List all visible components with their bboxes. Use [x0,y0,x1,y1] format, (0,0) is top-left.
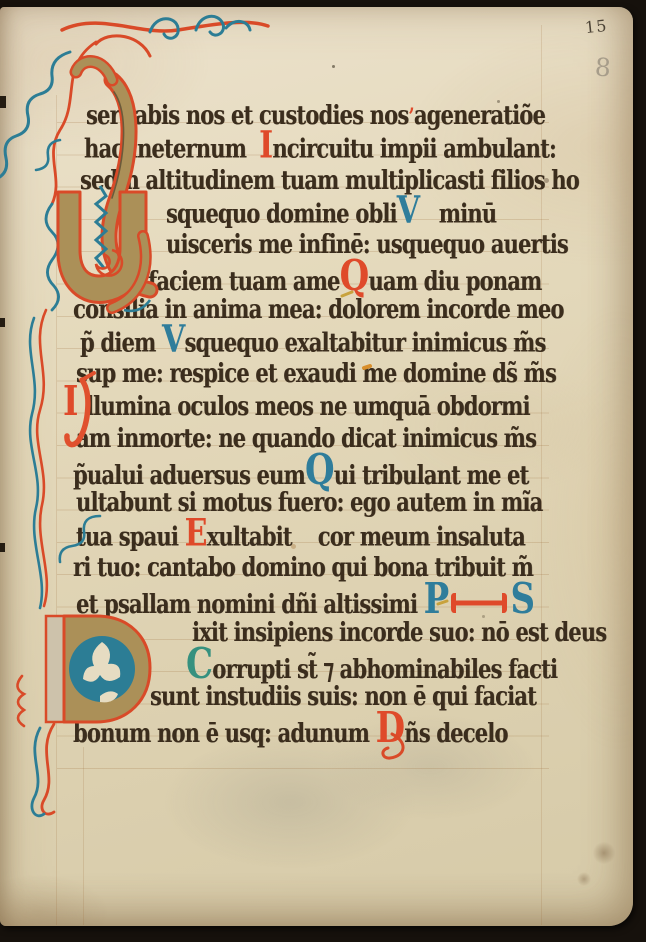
line-text: llumina oculos meos ne umquā obdormi [86,390,530,421]
versal-letter: I [259,124,272,168]
versal-letter: E [185,512,207,556]
line-text: xultabit cor meum insaluta [207,520,525,551]
line-text: p̃ diem [80,326,162,357]
folio-number-pencil: 8 [594,52,612,82]
text-line: Corrupti st̃ ⁊ abhominabiles facti [186,648,557,684]
line-text: sunt instudiis suis: non ē qui faciat [150,680,536,711]
versal-letter: D [376,703,405,753]
text-line: ri tuo: cantabo domino qui bona tribuit … [73,551,533,582]
binding-mark [0,318,5,327]
line-text: sedm altitudinem tuam multiplicasti fili… [80,164,579,195]
line-filler-ornament [451,593,507,613]
manuscript-photo: { "folio": { "ink_number": "15", "pencil… [0,0,646,942]
folio-number-ink: 15 [584,16,608,37]
text-line: hac ineternum Incircuitu impii ambulant: [84,131,556,164]
line-text: ixit insipiens incorde suo: nō est deus [192,616,606,647]
text-line: consilia in anima mea: dolorem incorde m… [73,293,564,324]
text-line: seruabis nos et custodies nos’ageneratiõ… [86,99,545,130]
line-text: minū [419,197,496,228]
line-text: bonum non ē usq: adunum [73,717,376,748]
text-line: sunt instudiis suis: non ē qui faciat [150,680,536,711]
text-line: faciem tuam ameQuam diu ponam [148,260,541,296]
versal-letter: V [162,318,184,362]
line-text: squequo exaltabitur inimicus m̃s [184,326,545,357]
line-text: seruabis nos et custodies nos [86,99,408,130]
line-text: et psallam nomini dñi altissimi [76,588,424,619]
line-text: sup me: respice et exaudi me domine ds̃ … [76,357,556,388]
text-line: ixit insipiens incorde suo: nō est deus [192,616,606,647]
binding-mark [0,543,5,552]
versal-letter: V [397,189,419,233]
line-text: ultabunt si motus fuero: ego autem in mĩ… [76,486,542,517]
parchment-page: seruabis nos et custodies nos’ageneratiõ… [0,7,633,926]
ink-specks [332,65,335,68]
versal-letter: I [63,385,78,418]
line-text: uam diu ponam [368,265,541,296]
text-line: ultabunt si motus fuero: ego autem in mĩ… [76,486,542,517]
line-text: ñs decelo [404,717,507,748]
text-line: squequo domine obliV minū [166,196,496,229]
line-text: consilia in anima mea: dolorem incorde m… [73,293,564,324]
line-text: ageneratiõe [414,99,545,130]
line-text: faciem tuam ame [148,265,340,296]
line-text: ncircuitu impii ambulant: [272,132,556,163]
binding-mark [0,96,6,108]
text-line: Illumina oculos meos ne umquā obdormi [86,390,530,421]
text-line: et psallam nomini dñi altissimi PS [76,583,534,619]
text-line: p̃ diem Vsquequo exaltabitur inimicus m̃… [80,325,545,358]
line-text: tua spaui [76,520,185,551]
text-line: sedm altitudinem tuam multiplicasti fili… [80,164,579,195]
line-text: hac ineternum [84,132,259,163]
ruling-line-vertical-inner [83,747,84,925]
ruling-line-vertical-left [56,95,57,925]
line-text: ri tuo: cantabo domino qui bona tribuit … [73,551,533,582]
line-text: squequo domine obli [166,197,397,228]
text-line: p̃ualui aduersus eumQui tribulant me et [73,454,528,490]
text-line: sup me: respice et exaudi me domine ds̃ … [76,357,556,388]
text-line: bonum non ē usq: adunum Dñs decelo [73,712,508,748]
text-line: tua spaui Exultabit cor meum insaluta [76,519,525,552]
